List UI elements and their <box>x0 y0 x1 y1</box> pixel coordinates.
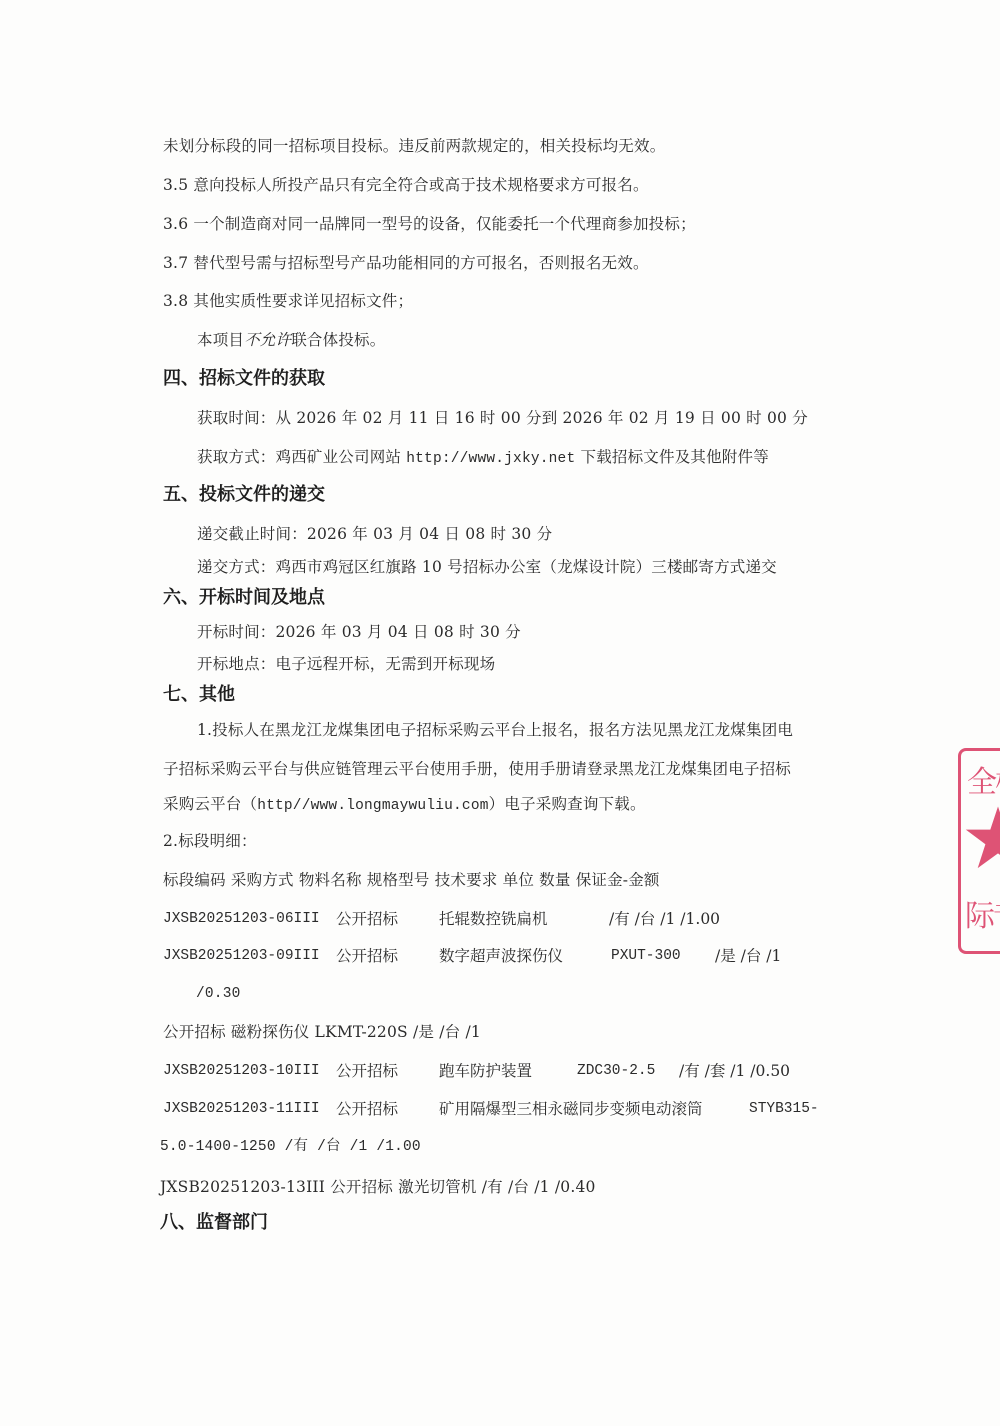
consortium-note-suffix: 联合体投标。 <box>291 331 385 349</box>
consortium-note-prefix: 本项目 <box>197 331 244 349</box>
paragraph-line: 未划分标段的同一招标项目投标。违反前两款规定的，相关投标均无效。 <box>163 136 665 156</box>
section-5-heading: 五、投标文件的递交 <box>163 484 325 506</box>
acquisition-method-prefix: 获取方式：鸡西矿业公司网站 <box>197 448 406 466</box>
consortium-note: 本项目不允许联合体投标。 <box>197 330 385 350</box>
lot-item-name: 矿用隔爆型三相永磁同步变频电动滚筒 <box>439 1099 703 1119</box>
lot-code: JXSB20251203-11III <box>163 1099 320 1119</box>
lot-table-header: 标段编码 采购方式 物料名称 规格型号 技术要求 单位 数量 保证金-金额 <box>163 870 660 890</box>
acquisition-method: 获取方式：鸡西矿业公司网站 http://www.jxky.net 下载招标文件… <box>197 447 769 469</box>
section-6-heading: 六、开标时间及地点 <box>163 587 325 609</box>
acquisition-method-suffix: 下载招标文件及其他附件等 <box>575 448 769 466</box>
lot-method: 公开招标 <box>336 909 398 929</box>
lot-code: JXSB20251203-09III <box>163 946 320 966</box>
clause-3-7: 3.7 替代型号需与招标型号产品功能相同的方可报名，否则报名无效。 <box>163 253 649 273</box>
lot-method: 公开招标 <box>336 1061 398 1081</box>
lot-row: JXSB20251203-13III 公开招标 激光切管机 /有 /台 /1 /… <box>160 1177 596 1197</box>
stamp-text-bottom: 际专 <box>965 891 1000 935</box>
lot-method: 公开招标 <box>336 1099 398 1119</box>
opening-place: 开标地点：电子远程开标，无需到开标现场 <box>197 654 495 674</box>
lot-item-name: 数字超声波探伤仪 <box>439 946 563 966</box>
consortium-note-emphasis: 不允许 <box>244 331 291 349</box>
lot-details-wrap: 5.0-1400-1250 /有 /台 /1 /1.00 <box>160 1137 421 1157</box>
lot-item-name: 跑车防护装置 <box>439 1061 532 1081</box>
clause-3-6: 3.6 一个制造商对同一品牌同一型号的设备，仅能委托一个代理商参加投标； <box>163 214 696 234</box>
lot-row: 公开招标 磁粉探伤仪 LKMT-220S /是 /台 /1 <box>163 1022 481 1042</box>
registration-note-line-1: 1.投标人在黑龙江龙煤集团电子招标采购云平台上报名，报名方法见黑龙江龙煤集团电 <box>197 720 793 740</box>
section-7-heading: 七、其他 <box>163 684 235 706</box>
longmay-platform-link[interactable]: http//www.longmaywuliu.com <box>257 798 488 814</box>
submission-method: 递交方式：鸡西市鸡冠区红旗路 10 号招标办公室（龙煤设计院）三楼邮寄方式递交 <box>197 557 777 577</box>
lot-details-label: 2.标段明细： <box>163 831 257 851</box>
opening-time: 开标时间：2026 年 03 月 04 日 08 时 30 分 <box>197 622 521 642</box>
clause-3-5: 3.5 意向投标人所投产品只有完全符合或高于技术规格要求方可报名。 <box>163 175 649 195</box>
jxky-website-link[interactable]: http://www.jxky.net <box>406 451 575 467</box>
lot-details: /有 /台 /1 /1.00 <box>609 909 720 929</box>
lot-spec: ZDC30-2.5 <box>577 1061 655 1081</box>
section-8-heading: 八、监督部门 <box>160 1212 268 1234</box>
star-icon <box>963 803 1000 873</box>
submission-deadline: 递交截止时间：2026 年 03 月 04 日 08 时 30 分 <box>197 524 552 544</box>
lot-details-wrap: /0.30 <box>196 984 241 1004</box>
registration-note-prefix: 采购云平台（ <box>163 795 257 813</box>
lot-details: /有 /套 /1 /0.50 <box>679 1061 790 1081</box>
acquisition-time: 获取时间：从 2026 年 02 月 11 日 16 时 00 分到 2026 … <box>197 408 808 428</box>
lot-code: JXSB20251203-06III <box>163 909 320 929</box>
clause-3-8: 3.8 其他实质性要求详见招标文件； <box>163 291 413 311</box>
official-seal-stamp: 全椒 际专 <box>958 748 1000 954</box>
lot-code: JXSB20251203-10III <box>163 1061 320 1081</box>
lot-item-name: 托辊数控铣扁机 <box>439 909 548 929</box>
stamp-text-top: 全椒 <box>967 757 1000 801</box>
section-4-heading: 四、招标文件的获取 <box>163 368 325 390</box>
registration-note-suffix: ）电子采购查询下载。 <box>489 795 646 813</box>
registration-note-line-3: 采购云平台（http//www.longmaywuliu.com）电子采购查询下… <box>163 794 646 816</box>
lot-spec: STYB315- <box>749 1099 819 1119</box>
lot-details: /是 /台 /1 <box>715 946 781 966</box>
lot-method: 公开招标 <box>336 946 398 966</box>
lot-spec: PXUT-300 <box>611 946 681 966</box>
registration-note-line-2: 子招标采购云平台与供应链管理云平台使用手册，使用手册请登录黑龙江龙煤集团电子招标 <box>163 759 791 779</box>
